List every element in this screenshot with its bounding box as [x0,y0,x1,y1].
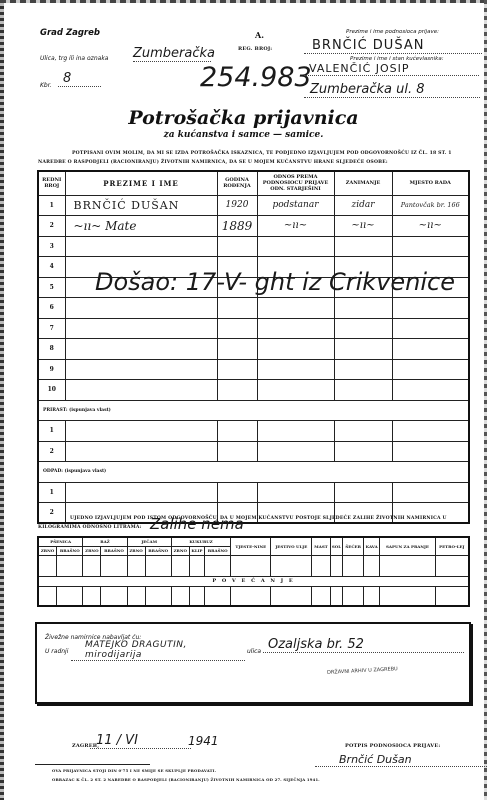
row-number: 1 [38,482,65,503]
city-label: Grad Zagreb [40,28,100,38]
header-workplace: MJESTO RADA [392,171,469,195]
col-mast: MAST [312,537,330,555]
person-workplace: Pantovčak br. 166 [392,195,469,216]
sub-zrno: ZRNO [83,546,101,555]
form-title: Potrošačka prijavnica [0,107,487,129]
landlord-value: VALENČIĆ JOSIP [304,62,479,76]
header-name: PREZIME I IME [65,171,217,195]
table-row: 1 [38,482,469,503]
sub-zrno: ZRNO [171,546,189,555]
stocks-handwritten: Zalihe nema [150,515,244,533]
archive-stamp: DRŽAVNI ARHIV U ZAGREBU [327,666,398,676]
stocks-statement: UJEDNO IZJAVLJUJEM POD ISTOM ODGOVORNOŠĆ… [38,516,478,521]
person-occupation: zidar [334,195,392,216]
stocks-table: PŠENICA RAŽ JEČAM KUKURUZ TJESTE-NINE JE… [37,536,470,607]
table-row: 8 [38,339,469,360]
prirast-section: PRIRAST: (ispunjava vlast) [38,400,469,421]
street-value: Zumberačka [133,46,211,62]
footer-note-form: OBRAZAC K ČL. 2 ST. 2 NAREDBE O RASPODJE… [52,777,320,782]
table-row: 2 ~ıı~ Mate 1889 ~ıı~ ~ıı~ ~ıı~ [38,216,469,237]
person-year: 1920 [217,195,257,216]
row-number: 9 [38,359,65,380]
col-secer: ŠEĆER [343,537,364,555]
person-workplace: ~ıı~ [392,216,469,237]
house-no-label: Kbr. [40,82,52,89]
street-label: Ulica, trg ili ina oznaka [40,55,108,62]
table-row: 1 BRNČIĆ DUŠAN 1920 podstanar zidar Pant… [38,195,469,216]
row-number: 1 [38,195,65,216]
person-relation: ~ıı~ [257,216,334,237]
row-number: 10 [38,380,65,401]
table-row: 9 [38,359,469,380]
declaration-text: POTPISANI OVIM MOLIM, DA MI SE IZDA POTR… [38,149,478,167]
person-name: BRNČIĆ DUŠAN [65,195,217,216]
scan-edge-top [0,0,487,3]
stocks-values-row [38,555,469,576]
table-row: 6 [38,298,469,319]
group-raz: RAŽ [83,537,127,546]
house-no-value: 8 [58,71,101,87]
row-number: 2 [38,441,65,462]
applicant-label: Prezime i ime podnosioca prijave: [346,29,439,35]
table-row: 2 [38,441,469,462]
table-row: 7 [38,318,469,339]
group-psenica: PŠENICA [38,537,83,546]
persons-table-header: REDNI BROJ PREZIME I IME GODINA ROĐENJA … [38,171,469,195]
shop-label: U radnji [45,648,68,655]
table-row: 3 [38,236,469,257]
reg-label: REG. BROJ: [238,46,272,52]
prirast-label: PRIRAST: (ispunjava vlast) [38,400,469,421]
shop-value: MATEJKO DRAGUTIN, mirodijarija [71,640,245,661]
increase-values-row [38,586,469,606]
group-jecam: JEČAM [127,537,171,546]
col-kava: KAVA [364,537,380,555]
col-sapun: SAPUN ZA PRANJE [380,537,435,555]
increase-label: P O V E Ć A N J E [38,576,469,586]
col-petrolej: PETRO-LEJ [435,537,469,555]
date-value: 11 / VI [90,733,191,749]
row-number: 2 [38,216,65,237]
sub-brasno: BRAŠNO [57,546,83,555]
person-occupation: ~ıı~ [334,216,392,237]
header-occupation: ZANIMANJE [334,171,392,195]
shop-street-value: Ozaljska br. 52 [263,637,464,653]
landlord-address-value: Zumberačka ul. 8 [304,82,480,98]
supply-box: Živežne namirnice nabavljat ću: U radnji… [35,622,471,704]
sub-zrno: ZRNO [38,546,57,555]
row-number: 8 [38,339,65,360]
group-kukuruz: KUKURUZ [171,537,231,546]
person-year: 1889 [217,216,257,237]
footer-divider [35,764,150,765]
shop-street-label: ulica [247,648,261,655]
row-number: 3 [38,236,65,257]
form-subtitle: za kućanstva i samce — samice. [0,130,487,140]
sub-brasno: BRAŠNO [101,546,127,555]
persons-table: REDNI BROJ PREZIME I IME GODINA ROĐENJA … [37,170,470,524]
footer-note-price: OVA PRIJAVNICA STOJI DIN 0'75 I NE SMIJE… [52,768,216,773]
stocks-statement-2: KILOGRAMIMA ODNOSNO LITRAMA: [38,525,142,530]
header-no: REDNI BROJ [38,171,65,195]
applicant-value: BRNČIĆ DUŠAN [304,38,482,54]
sub-brasno: BRAŠNO [205,546,231,555]
sub-klip: KLIP [189,546,204,555]
form-series: A. [255,30,264,40]
header-year: GODINA ROĐENJA [217,171,257,195]
row-number: 7 [38,318,65,339]
signature-value: Brnčić Dušan [315,753,487,767]
signature-label: POTPIS PODNOSIOCA PRIJAVE: [345,743,440,749]
col-ulje: JESTIVO ULJE [271,537,312,555]
reg-value: 254.983 [200,62,312,93]
row-number: 5 [38,277,65,298]
odpad-label: ODPAD: (ispunjava vlast) [38,462,469,483]
person-relation: podstanar [257,195,334,216]
sub-zrno: ZRNO [127,546,145,555]
row-number: 1 [38,421,65,442]
table-row: 1 [38,421,469,442]
table-row: 10 [38,380,469,401]
sub-brasno: BRAŠNO [145,546,171,555]
col-tjestenine: TJESTE-NINE [231,537,271,555]
person-name: ~ıı~ Mate [65,216,217,237]
row-number: 6 [38,298,65,319]
year-value: 1941 [188,734,219,748]
handwritten-annotation: Došao: 17-V- ght iz Crikvenice [95,268,455,296]
row-number: 4 [38,257,65,278]
odpad-section: ODPAD: (ispunjava vlast) [38,462,469,483]
header-relation: ODNOS PREMA PODNOSIOCU PRIJAVE ODN. STAR… [257,171,334,195]
col-sol: SOL [330,537,343,555]
